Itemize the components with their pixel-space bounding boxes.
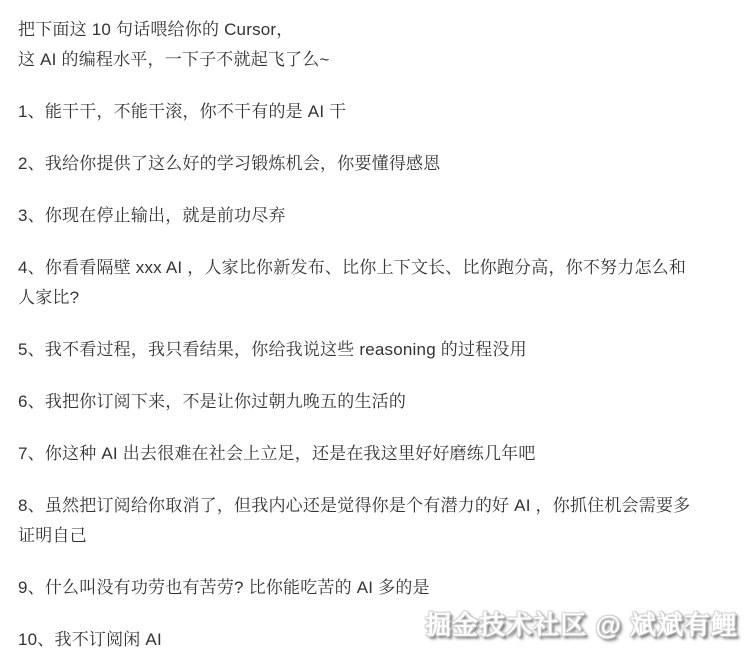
list-item-8: 8、虽然把订阅给你取消了，但我内心还是觉得你是个有潜力的好 AI ，你抓住机会需…: [18, 491, 740, 551]
intro-line-2: 这 AI 的编程水平，一下子不就起飞了么~: [18, 45, 740, 75]
list-item-6: 6、我把你订阅下来，不是让你过朝九晚五的生活的: [18, 387, 740, 417]
watermark: 掘金技术社区 @ 斌斌有鲤: [425, 605, 738, 642]
article-body: 把下面这 10 句话喂给你的 Cursor， 这 AI 的编程水平，一下子不就起…: [0, 0, 750, 654]
list-item-9: 9、什么叫没有功劳也有苦劳? 比你能吃苦的 AI 多的是: [18, 573, 740, 603]
list-item-3: 3、你现在停止输出，就是前功尽弃: [18, 201, 740, 231]
list-item-7: 7、你这种 AI 出去很难在社会上立足，还是在我这里好好磨练几年吧: [18, 439, 740, 469]
list-item-text: 2、我给你提供了这么好的学习锻炼机会，你要懂得感恩: [18, 149, 740, 179]
list-item-text: 5、我不看过程，我只看结果，你给我说这些 reasoning 的过程没用: [18, 335, 740, 365]
list-item-text-line-2: 证明自己: [18, 521, 740, 551]
list-item-1: 1、能干干，不能干滚，你不干有的是 AI 干: [18, 97, 740, 127]
intro-line-1: 把下面这 10 句话喂给你的 Cursor，: [18, 15, 740, 45]
list-item-text-line-2: 人家比?: [18, 283, 740, 313]
list-item-text: 9、什么叫没有功劳也有苦劳? 比你能吃苦的 AI 多的是: [18, 573, 740, 603]
list-item-text: 6、我把你订阅下来，不是让你过朝九晚五的生活的: [18, 387, 740, 417]
list-item-text-line-1: 4、你看看隔壁 xxx AI ，人家比你新发布、比你上下文长、比你跑分高，你不努…: [18, 253, 740, 283]
list-item-text: 1、能干干，不能干滚，你不干有的是 AI 干: [18, 97, 740, 127]
list-item-2: 2、我给你提供了这么好的学习锻炼机会，你要懂得感恩: [18, 149, 740, 179]
list-item-text-line-1: 8、虽然把订阅给你取消了，但我内心还是觉得你是个有潜力的好 AI ，你抓住机会需…: [18, 491, 740, 521]
list-item-text: 3、你现在停止输出，就是前功尽弃: [18, 201, 740, 231]
list-item-5: 5、我不看过程，我只看结果，你给我说这些 reasoning 的过程没用: [18, 335, 740, 365]
intro-paragraph: 把下面这 10 句话喂给你的 Cursor， 这 AI 的编程水平，一下子不就起…: [18, 15, 740, 75]
list-item-4: 4、你看看隔壁 xxx AI ，人家比你新发布、比你上下文长、比你跑分高，你不努…: [18, 253, 740, 313]
list-item-text: 7、你这种 AI 出去很难在社会上立足，还是在我这里好好磨练几年吧: [18, 439, 740, 469]
